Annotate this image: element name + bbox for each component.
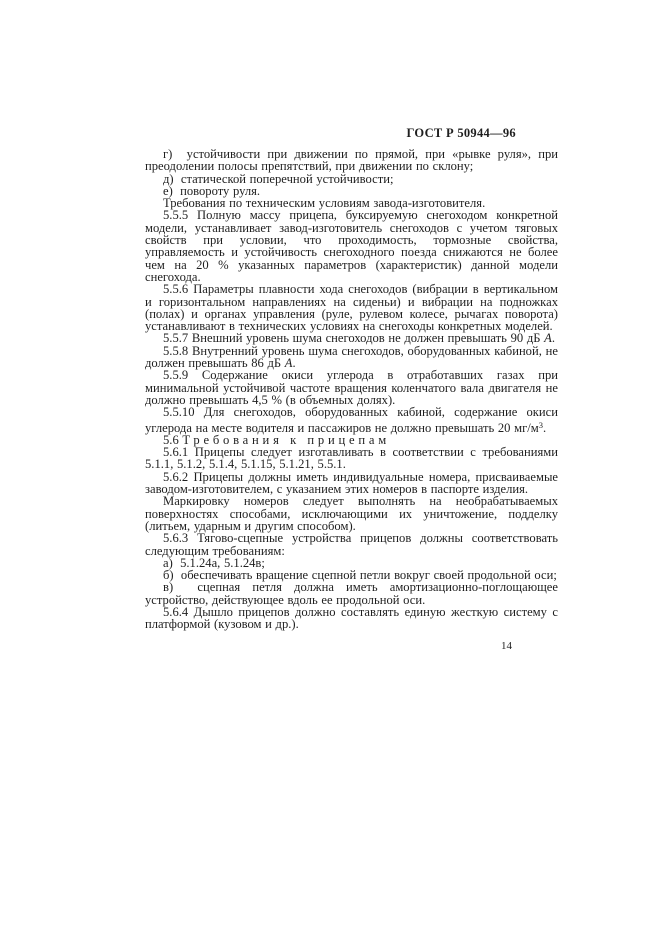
paragraph: Маркировку номеров следует выполнять на … [145, 495, 558, 532]
document-body: г) устойчивости при движении по прямой, … [145, 148, 558, 631]
paragraph: 5.6.4 Дышло прицепов должно составлять е… [145, 606, 558, 631]
list-item: г) устойчивости при движении по прямой, … [145, 148, 558, 173]
paragraph: 5.5.10 Для снегоходов, оборудованных каб… [145, 406, 558, 434]
text-column: ГОСТ Р 50944—96 г) устойчивости при движ… [145, 127, 558, 652]
running-header: ГОСТ Р 50944—96 [145, 127, 558, 140]
paragraph: 5.5.5 Полную массу прицепа, буксируемую … [145, 209, 558, 283]
list-item: в) сцепная петля должна иметь амортизаци… [145, 581, 558, 606]
page-number: 14 [145, 640, 558, 652]
paragraph: 5.6.3 Тягово-сцепные устройства прицепов… [145, 532, 558, 557]
paragraph: 5.5.8 Внутренний уровень шума снегоходов… [145, 345, 558, 370]
paragraph: 5.6.2 Прицепы должны иметь индивидуальны… [145, 471, 558, 496]
document-page: ГОСТ Р 50944—96 г) устойчивости при движ… [0, 0, 661, 936]
paragraph: 5.6.1 Прицепы следует изготавливать в со… [145, 446, 558, 471]
paragraph: 5.5.9 Содержание окиси углерода в отрабо… [145, 369, 558, 406]
paragraph: 5.5.6 Параметры плавности хода снегоходо… [145, 283, 558, 332]
